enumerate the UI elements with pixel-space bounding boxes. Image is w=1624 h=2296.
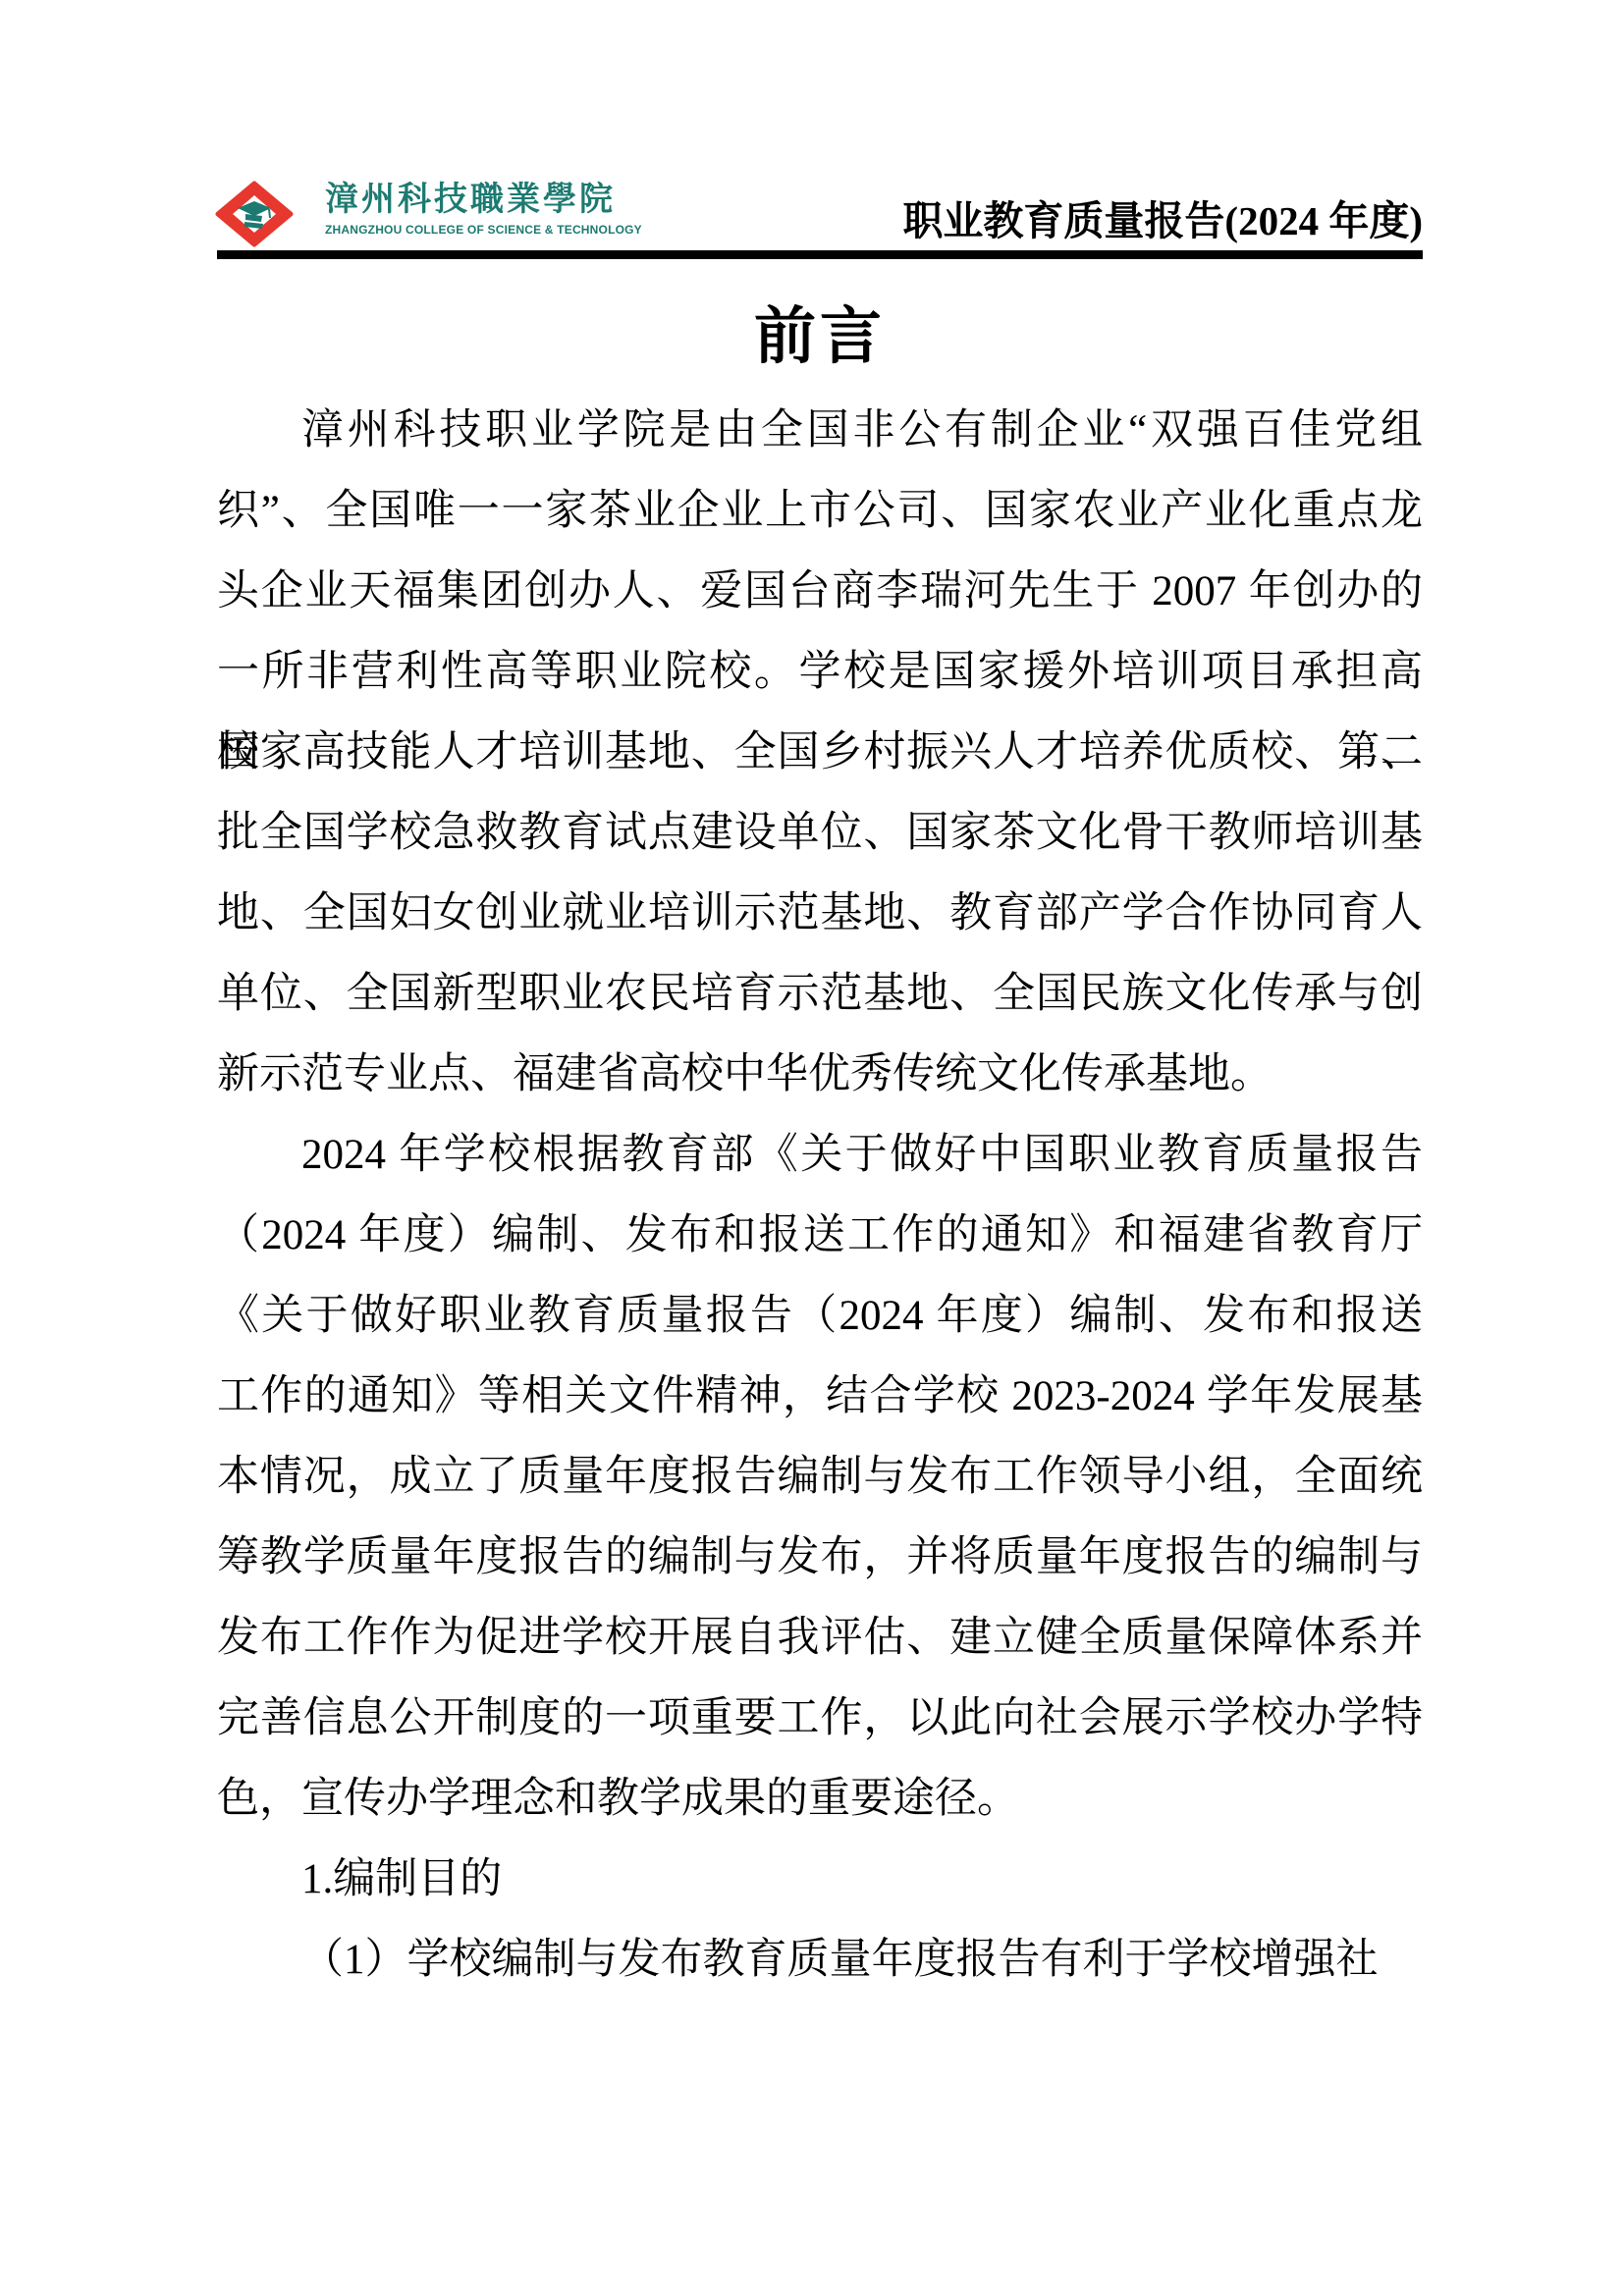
body-line: （2024 年度）编制、发布和报送工作的通知》和福建省教育厅 bbox=[217, 1196, 1423, 1276]
body-line: 批全国学校急救教育试点建设单位、国家茶文化骨干教师培训基 bbox=[217, 793, 1423, 874]
body-line: 新示范专业点、福建省高校中华优秀传统文化传承基地。 bbox=[217, 1035, 1423, 1115]
body-line: 漳州科技职业学院是由全国非公有制企业“双强百佳党组 bbox=[217, 391, 1423, 471]
body-line: 1.编制目的 bbox=[217, 1840, 1423, 1920]
body-line: 发布工作作为促进学校开展自我评估、建立健全质量保障体系并 bbox=[217, 1598, 1423, 1679]
school-logo: 漳州科技職業學院 ZHANGZHOU COLLEGE OF SCIENCE & … bbox=[215, 181, 642, 247]
graduation-cap-icon bbox=[215, 181, 294, 247]
header-report-title: 职业教育质量报告(2024 年度) bbox=[902, 196, 1423, 245]
document-page: 漳州科技職業學院 ZHANGZHOU COLLEGE OF SCIENCE & … bbox=[0, 0, 1624, 2296]
body-line: 色，宣传办学理念和教学成果的重要途径。 bbox=[217, 1759, 1423, 1840]
body-line: 完善信息公开制度的一项重要工作，以此向社会展示学校办学特 bbox=[217, 1679, 1423, 1759]
body-line: （1）学校编制与发布教育质量年度报告有利于学校增强社 bbox=[217, 1920, 1423, 2001]
body-line: 单位、全国新型职业农民培育示范基地、全国民族文化传承与创 bbox=[217, 954, 1423, 1035]
school-name-cn: 漳州科技職業學院 bbox=[325, 181, 642, 220]
body-line: 筹教学质量年度报告的编制与发布，并将质量年度报告的编制与 bbox=[217, 1518, 1423, 1598]
body-line: 国家高技能人才培训基地、全国乡村振兴人才培养优质校、第二 bbox=[217, 713, 1423, 793]
body-text: 漳州科技职业学院是由全国非公有制企业“双强百佳党组 织”、全国唯一一家茶业企业上… bbox=[217, 391, 1423, 2001]
header-divider bbox=[217, 250, 1423, 259]
body-line: 工作的通知》等相关文件精神，结合学校 2023-2024 学年发展基 bbox=[217, 1357, 1423, 1437]
body-line: 《关于做好职业教育质量报告（2024 年度）编制、发布和报送 bbox=[217, 1276, 1423, 1357]
body-line: 一所非营利性高等职业院校。学校是国家援外培训项目承担高校、 bbox=[217, 632, 1423, 713]
school-name-en: ZHANGZHOU COLLEGE OF SCIENCE & TECHNOLOG… bbox=[325, 222, 642, 238]
page-title: 前言 bbox=[217, 297, 1423, 376]
school-name-block: 漳州科技職業學院 ZHANGZHOU COLLEGE OF SCIENCE & … bbox=[325, 181, 642, 238]
body-line: 2024 年学校根据教育部《关于做好中国职业教育质量报告 bbox=[217, 1115, 1423, 1196]
body-line: 地、全国妇女创业就业培训示范基地、教育部产学合作协同育人 bbox=[217, 874, 1423, 954]
body-line: 头企业天福集团创办人、爱国台商李瑞河先生于 2007 年创办的 bbox=[217, 552, 1423, 632]
body-line: 织”、全国唯一一家茶业企业上市公司、国家农业产业化重点龙 bbox=[217, 471, 1423, 552]
body-line: 本情况，成立了质量年度报告编制与发布工作领导小组，全面统 bbox=[217, 1437, 1423, 1518]
